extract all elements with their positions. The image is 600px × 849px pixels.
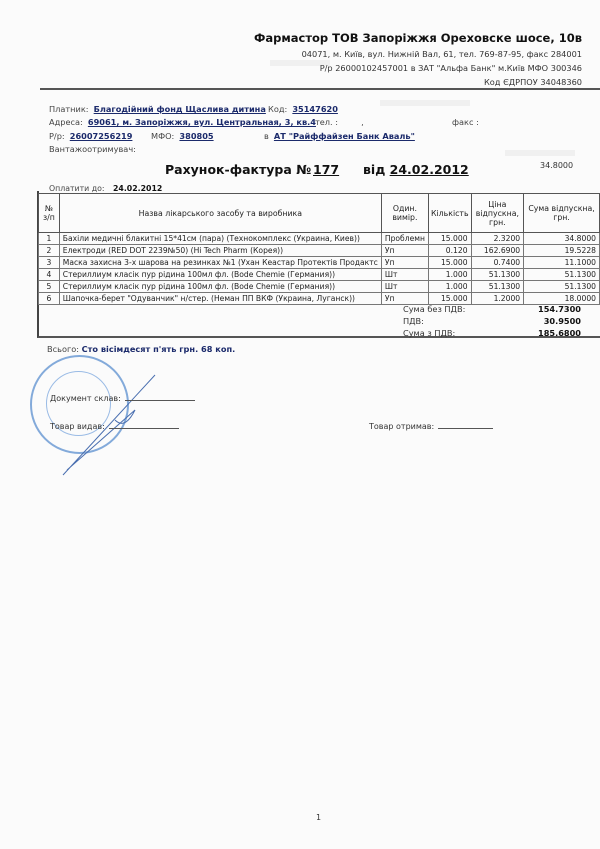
cell-qty: 1.000 xyxy=(428,281,471,293)
cell-qty: 15.000 xyxy=(428,257,471,269)
compiled-line xyxy=(125,400,195,401)
cell-price: 0.7400 xyxy=(471,257,524,269)
total-vat-value: 30.9500 xyxy=(544,316,581,328)
cell-unit: Проблемн xyxy=(381,233,428,245)
signature-received: Товар отримав: xyxy=(369,422,493,431)
total-without-vat-label: Сума без ПДВ: xyxy=(403,304,465,316)
issued-line xyxy=(109,428,179,429)
cell-num: 6 xyxy=(39,293,60,305)
invoice-title: Рахунок-фактура № xyxy=(165,162,311,177)
table-row: 5Стериллиум класік пур рідина 100мл фл. … xyxy=(39,281,600,293)
side-amount: 34.8000 xyxy=(540,161,573,170)
cell-sum: 34.8000 xyxy=(524,233,600,245)
header-divider xyxy=(40,88,600,90)
cell-name: Бахіли медичні блакитні 15*41см (пара) (… xyxy=(59,233,381,245)
total-with-vat-value: 185.6800 xyxy=(538,328,581,340)
supplier-address: 04071, м. Київ, вул. Нижній Вал, 61, тел… xyxy=(254,49,582,59)
total-words-label: Всього: xyxy=(47,344,79,354)
received-line xyxy=(438,428,493,429)
total-without-vat-value: 154.7300 xyxy=(538,304,581,316)
mfo-row: МФО: 380805 xyxy=(151,124,214,143)
invoice-date-row: від 24.02.2012 xyxy=(363,162,469,177)
cell-name: Стериллиум класік пур рідина 100мл фл. (… xyxy=(59,269,381,281)
supplier-edrpou: Код ЄДРПОУ 34048360 xyxy=(254,77,582,87)
col-header-qty: Кількість xyxy=(428,194,471,233)
cell-num: 4 xyxy=(39,269,60,281)
invoice-number: 177 xyxy=(313,162,339,177)
table-row: 6Шапочка-берет "Одуванчик" н/стер. (Нема… xyxy=(39,293,600,305)
cell-sum: 51.1300 xyxy=(524,269,600,281)
consignee-label: Вантажоотримувач: xyxy=(49,144,136,154)
col-header-name: Назва лікарського засобу та виробника xyxy=(59,194,381,233)
cell-qty: 0.120 xyxy=(428,245,471,257)
issued-label: Товар видав: xyxy=(50,422,105,431)
cell-num: 1 xyxy=(39,233,60,245)
fax-row: факс : xyxy=(452,110,479,129)
cell-unit: Уп xyxy=(381,257,428,269)
table-header-row: № з/п Назва лікарського засобу та виробн… xyxy=(39,194,600,233)
bank-prefix: в xyxy=(264,131,269,141)
supplier-bank: Р/р 26000102457001 в ЗАТ "Альфа Банк" м.… xyxy=(254,63,582,73)
total-vat-label: ПДВ: xyxy=(403,316,424,328)
table-row: 2Електроди (RED DOT 2239№50) (Hi Tech Ph… xyxy=(39,245,600,257)
cell-unit: Уп xyxy=(381,245,428,257)
total-without-vat: Сума без ПДВ: 154.7300 xyxy=(403,304,581,316)
total-with-vat-label: Сума з ПДВ: xyxy=(403,328,455,340)
supplier-name: Фармастор ТОВ Запоріжжя Ореховске шосе, … xyxy=(254,31,582,45)
table-row: 4Стериллиум класік пур рідина 100мл фл. … xyxy=(39,269,600,281)
total-in-words: Всього: Сто вісімдесят п'ять грн. 68 коп… xyxy=(47,344,235,354)
cell-qty: 15.000 xyxy=(428,293,471,305)
signature-compiled: Документ склав: xyxy=(50,394,195,403)
col-header-unit: Один. вимір. xyxy=(381,194,428,233)
received-label: Товар отримав: xyxy=(369,422,434,431)
cell-num: 3 xyxy=(39,257,60,269)
supplier-block: Фармастор ТОВ Запоріжжя Ореховске шосе, … xyxy=(254,31,582,87)
cell-unit: Шт xyxy=(381,281,428,293)
items-table: № з/п Назва лікарського засобу та виробн… xyxy=(38,193,600,305)
cell-num: 2 xyxy=(39,245,60,257)
total-words-value: Сто вісімдесят п'ять грн. 68 коп. xyxy=(82,344,236,354)
cell-name: Шапочка-берет "Одуванчик" н/стер. (Неман… xyxy=(59,293,381,305)
table-row: 1Бахіли медичні блакитні 15*41см (пара) … xyxy=(39,233,600,245)
signature-issued: Товар видав: xyxy=(50,422,179,431)
account-value: 26007256219 xyxy=(70,131,133,141)
account-label: Р/р: xyxy=(49,131,65,141)
total-vat: ПДВ: 30.9500 xyxy=(403,316,581,328)
cell-unit: Уп xyxy=(381,293,428,305)
cell-num: 5 xyxy=(39,281,60,293)
fax-label: факс : xyxy=(452,117,479,127)
table-row: 3Маска захисна 3-х шарова на резинках №1… xyxy=(39,257,600,269)
cell-price: 1.2000 xyxy=(471,293,524,305)
cell-price: 162.6900 xyxy=(471,245,524,257)
mfo-value: 380805 xyxy=(179,131,213,141)
invoice-date-prefix: від xyxy=(363,162,385,177)
total-with-vat: Сума з ПДВ: 185.6800 xyxy=(403,328,581,340)
cell-sum: 11.1000 xyxy=(524,257,600,269)
bleed-mark xyxy=(380,100,470,106)
mfo-label: МФО: xyxy=(151,131,174,141)
bank-value: АТ "Райффайзен Банк Аваль" xyxy=(274,131,415,141)
page-number: 1 xyxy=(316,813,321,822)
cell-name: Маска захисна 3-х шарова на резинках №1 … xyxy=(59,257,381,269)
account-row: Р/р: 26007256219 xyxy=(49,124,132,143)
col-header-sum: Сума відпускна, грн. xyxy=(524,194,600,233)
cell-price: 51.1300 xyxy=(471,269,524,281)
cell-sum: 18.0000 xyxy=(524,293,600,305)
cell-sum: 51.1300 xyxy=(524,281,600,293)
cell-name: Стериллиум класік пур рідина 100мл фл. (… xyxy=(59,281,381,293)
bank-row: в АТ "Райффайзен Банк Аваль" xyxy=(264,124,415,143)
cell-name: Електроди (RED DOT 2239№50) (Hi Tech Pha… xyxy=(59,245,381,257)
cell-sum: 19.5228 xyxy=(524,245,600,257)
cell-qty: 1.000 xyxy=(428,269,471,281)
cell-price: 2.3200 xyxy=(471,233,524,245)
compiled-label: Документ склав: xyxy=(50,394,121,403)
cell-price: 51.1300 xyxy=(471,281,524,293)
cell-unit: Шт xyxy=(381,269,428,281)
col-header-num: № з/п xyxy=(39,194,60,233)
totals-block: Сума без ПДВ: 154.7300 ПДВ: 30.9500 Сума… xyxy=(403,304,581,340)
invoice-date: 24.02.2012 xyxy=(390,162,469,177)
col-header-price: Ціна відпускна, грн. xyxy=(471,194,524,233)
cell-qty: 15.000 xyxy=(428,233,471,245)
bleed-mark xyxy=(505,150,575,156)
